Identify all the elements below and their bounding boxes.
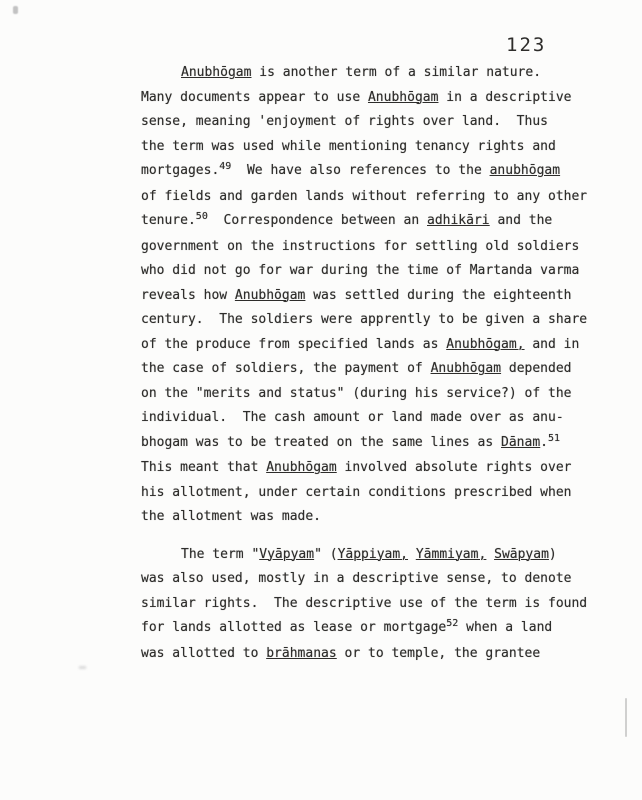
text-line: on the "merits and status" (during his s… — [141, 382, 611, 407]
underlined-term: adhikāri — [427, 213, 490, 228]
underlined-term: Anubhōgam, — [446, 337, 524, 352]
underlined-term: Anubhōgam — [368, 90, 438, 105]
text-segment: Many documents appear to use — [141, 90, 368, 105]
text-line: reveals how Anubhōgam was settled during… — [141, 284, 611, 309]
text-line: for lands allotted as lease or mortgage5… — [141, 616, 611, 642]
text-line: This meant that Anubhōgam involved absol… — [141, 456, 611, 481]
text-line: bhogam was to be treated on the same lin… — [141, 431, 611, 457]
text-line: was allotted to brāhmanas or to temple, … — [141, 642, 611, 667]
text-segment: is another term of a similar nature. — [251, 65, 541, 80]
text-segment: was allotted to — [141, 646, 266, 661]
text-line: of the produce from specified lands as A… — [141, 333, 611, 358]
text-line: mortgages.49 We have also references to … — [141, 159, 611, 185]
text-segment: in a descriptive — [438, 90, 571, 105]
text-segment: involved absolute rights over — [337, 460, 572, 475]
text-segment: Correspondence between an — [208, 213, 427, 228]
text-segment: and in — [525, 337, 580, 352]
text-segment: sense, meaning 'enjoyment of rights over… — [141, 114, 548, 129]
scan-smudge-artifact — [79, 666, 86, 669]
footnote-reference: 49 — [219, 161, 231, 172]
text-segment: of the produce from specified lands as — [141, 337, 446, 352]
text-line: the allotment was made. — [141, 505, 611, 530]
text-line: The term "Vyāpyam" (Yāppiyam, Yāmmiyam, … — [141, 543, 611, 568]
text-segment — [408, 547, 416, 562]
text-segment: mortgages. — [141, 163, 219, 178]
text-line: sense, meaning 'enjoyment of rights over… — [141, 110, 611, 135]
text-segment: of fields and garden lands without refer… — [141, 189, 587, 204]
paragraph: The term "Vyāpyam" (Yāppiyam, Yāmmiyam, … — [141, 543, 611, 667]
text-line: Many documents appear to use Anubhōgam i… — [141, 86, 611, 111]
text-line: of fields and garden lands without refer… — [141, 185, 611, 210]
text-line: century. The soldiers were apprently to … — [141, 308, 611, 333]
text-line: similar rights. The descriptive use of t… — [141, 592, 611, 617]
underlined-term: Dānam — [501, 435, 540, 450]
text-line: Anubhōgam is another term of a similar n… — [141, 61, 611, 86]
text-segment: the term was used while mentioning tenan… — [141, 139, 556, 154]
text-segment: " ( — [314, 547, 337, 562]
text-segment: the allotment was made. — [141, 509, 321, 524]
text-segment: when a land — [458, 620, 552, 635]
scan-speck-artifact — [13, 6, 18, 14]
underlined-term: Anubhōgam — [235, 288, 305, 303]
text-line: government on the instructions for settl… — [141, 235, 611, 260]
text-line: his allotment, under certain conditions … — [141, 481, 611, 506]
page-number: 123 — [506, 34, 546, 56]
text-segment: The term " — [181, 547, 259, 562]
text-line: the term was used while mentioning tenan… — [141, 135, 611, 160]
text-line: was also used, mostly in a descriptive s… — [141, 567, 611, 592]
underlined-term: Swāpyam — [494, 547, 549, 562]
footnote-reference: 50 — [196, 211, 208, 222]
text-segment: similar rights. The descriptive use of t… — [141, 596, 587, 611]
text-segment: depended — [501, 361, 571, 376]
text-segment: tenure. — [141, 213, 196, 228]
underlined-term: Anubhōgam — [266, 460, 336, 475]
text-segment: was also used, mostly in a descriptive s… — [141, 571, 571, 586]
footnote-reference: 52 — [446, 618, 458, 629]
underlined-term: Yāppiyam, — [338, 547, 408, 562]
text-segment: government on the instructions for settl… — [141, 239, 579, 254]
text-segment: . — [540, 435, 548, 450]
underlined-term: Vyāpyam — [259, 547, 314, 562]
text-segment: was settled during the eighteenth — [305, 288, 571, 303]
text-line: who did not go for war during the time o… — [141, 259, 611, 284]
scanned-document-page: 123 Anubhōgam is another term of a simil… — [0, 0, 642, 800]
scan-line-artifact — [625, 698, 627, 737]
text-segment: who did not go for war during the time o… — [141, 263, 579, 278]
underlined-term: Anubhōgam — [431, 361, 501, 376]
text-line: individual. The cash amount or land made… — [141, 406, 611, 431]
text-segment: individual. The cash amount or land made… — [141, 410, 564, 425]
text-segment: reveals how — [141, 288, 235, 303]
text-segment: the case of soldiers, the payment of — [141, 361, 431, 376]
text-segment — [486, 547, 494, 562]
text-segment: This meant that — [141, 460, 266, 475]
document-text-block: Anubhōgam is another term of a similar n… — [141, 61, 611, 666]
text-segment: We have also references to the — [231, 163, 489, 178]
paragraph: Anubhōgam is another term of a similar n… — [141, 61, 611, 530]
footnote-reference: 51 — [548, 433, 560, 444]
text-segment: century. The soldiers were apprently to … — [141, 312, 587, 327]
underlined-term: anubhōgam — [490, 163, 560, 178]
text-segment: and the — [490, 213, 553, 228]
underlined-term: brāhmanas — [266, 646, 336, 661]
text-segment: or to temple, the grantee — [337, 646, 541, 661]
text-segment: on the "merits and status" (during his s… — [141, 386, 571, 401]
text-segment: his allotment, under certain conditions … — [141, 485, 571, 500]
text-segment: ) — [549, 547, 557, 562]
text-line: tenure.50 Correspondence between an adhi… — [141, 209, 611, 235]
underlined-term: Yāmmiyam, — [416, 547, 486, 562]
text-segment: bhogam was to be treated on the same lin… — [141, 435, 501, 450]
underlined-term: Anubhōgam — [181, 65, 251, 80]
text-line: the case of soldiers, the payment of Anu… — [141, 357, 611, 382]
text-segment: for lands allotted as lease or mortgage — [141, 620, 446, 635]
